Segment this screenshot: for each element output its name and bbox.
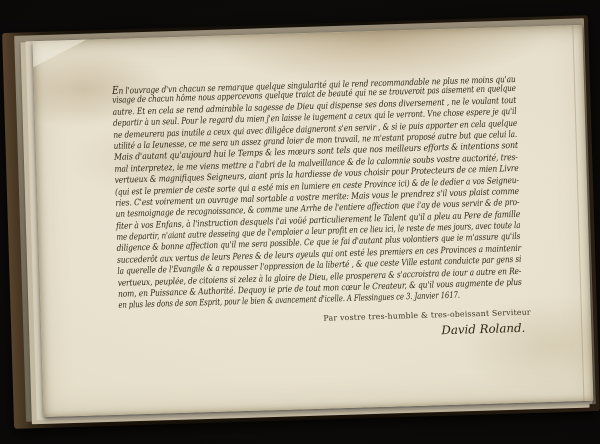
closing-block: Par vostre tres-humble & tres-obeissant … <box>121 308 532 347</box>
book-page: En l'ouvrage d'vn chacun se remarque que… <box>33 25 594 417</box>
dedication-text: En l'ouvrage d'vn chacun se remarque que… <box>112 73 523 313</box>
photo-background: { "colors": { "background": "#0a0908", "… <box>0 0 600 444</box>
